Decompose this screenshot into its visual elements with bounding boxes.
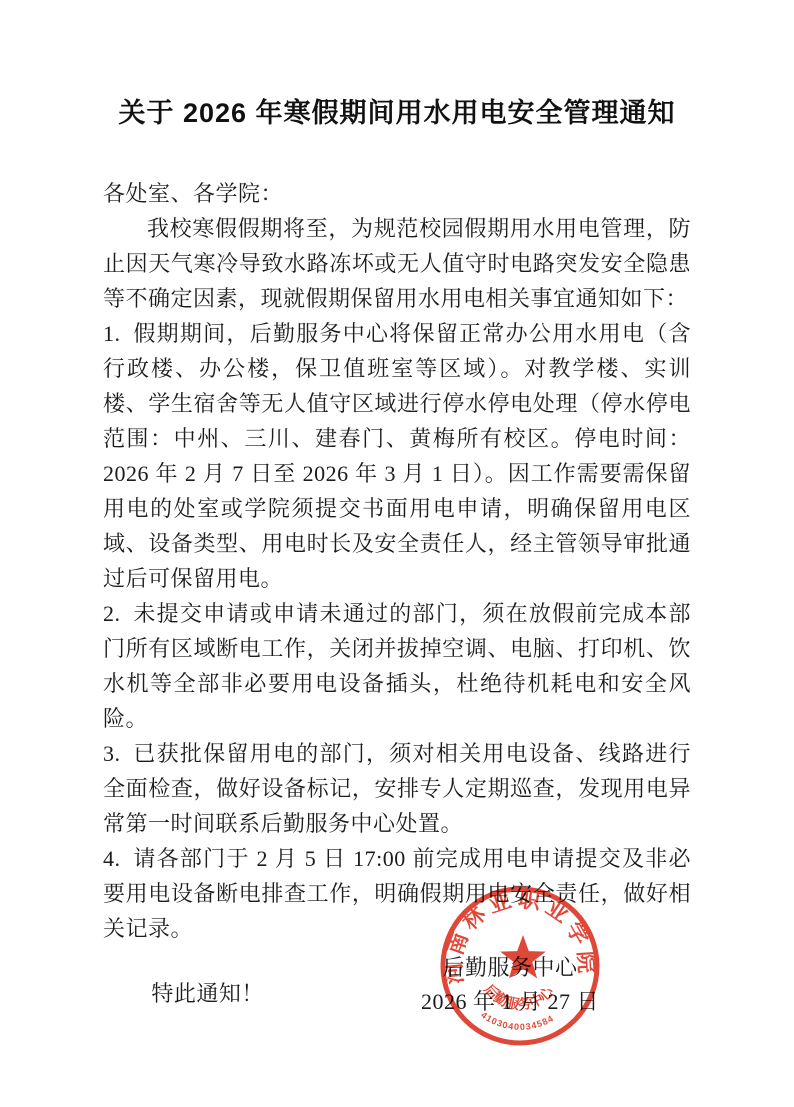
notice-item-2: 2.未提交申请或申请未通过的部门，须在放假前完成本部门所有区域断电工作，关闭并拔… xyxy=(103,596,691,736)
salutation: 各处室、各学院： xyxy=(103,176,691,211)
intro-paragraph: 我校寒假假期将至，为规范校园假期用水用电管理，防止因天气寒冷导致水路冻坏或无人值… xyxy=(103,211,691,316)
notice-item-1: 1.假期期间，后勤服务中心将保留正常办公用水用电（含行政楼、办公楼，保卫值班室等… xyxy=(103,316,691,596)
item-text: 已获批保留用电的部门，须对相关用电设备、线路进行全面检查，做好设备标记，安排专人… xyxy=(103,741,691,836)
notice-item-3: 3.已获批保留用电的部门，须对相关用电设备、线路进行全面检查，做好设备标记，安排… xyxy=(103,736,691,841)
item-text: 假期期间，后勤服务中心将保留正常办公用水用电（含行政楼、办公楼，保卫值班室等区域… xyxy=(103,321,691,591)
notice-item-4: 4.请各部门于 2 月 5 日 17:00 前完成用电申请提交及非必要用电设备断… xyxy=(103,841,691,946)
item-number: 1. xyxy=(103,321,121,346)
signature-block: 后勤服务中心 2026 年 1 月 27 日 xyxy=(400,951,620,1019)
item-number: 4. xyxy=(103,846,121,871)
item-number: 2. xyxy=(103,601,121,626)
signer-name: 后勤服务中心 xyxy=(400,951,620,985)
page-title: 关于 2026 年寒假期间用水用电安全管理通知 xyxy=(103,96,691,130)
notice-page: 关于 2026 年寒假期间用水用电安全管理通知 各处室、各学院： 我校寒假假期将… xyxy=(0,0,794,1107)
item-text: 请各部门于 2 月 5 日 17:00 前完成用电申请提交及非必要用电设备断电排… xyxy=(103,846,691,941)
item-number: 3. xyxy=(103,741,121,766)
signature-date: 2026 年 1 月 27 日 xyxy=(400,985,620,1019)
notice-body: 各处室、各学院： 我校寒假假期将至，为规范校园假期用水用电管理，防止因天气寒冷导… xyxy=(103,176,691,1011)
item-text: 未提交申请或申请未通过的部门，须在放假前完成本部门所有区域断电工作，关闭并拔掉空… xyxy=(103,601,691,731)
